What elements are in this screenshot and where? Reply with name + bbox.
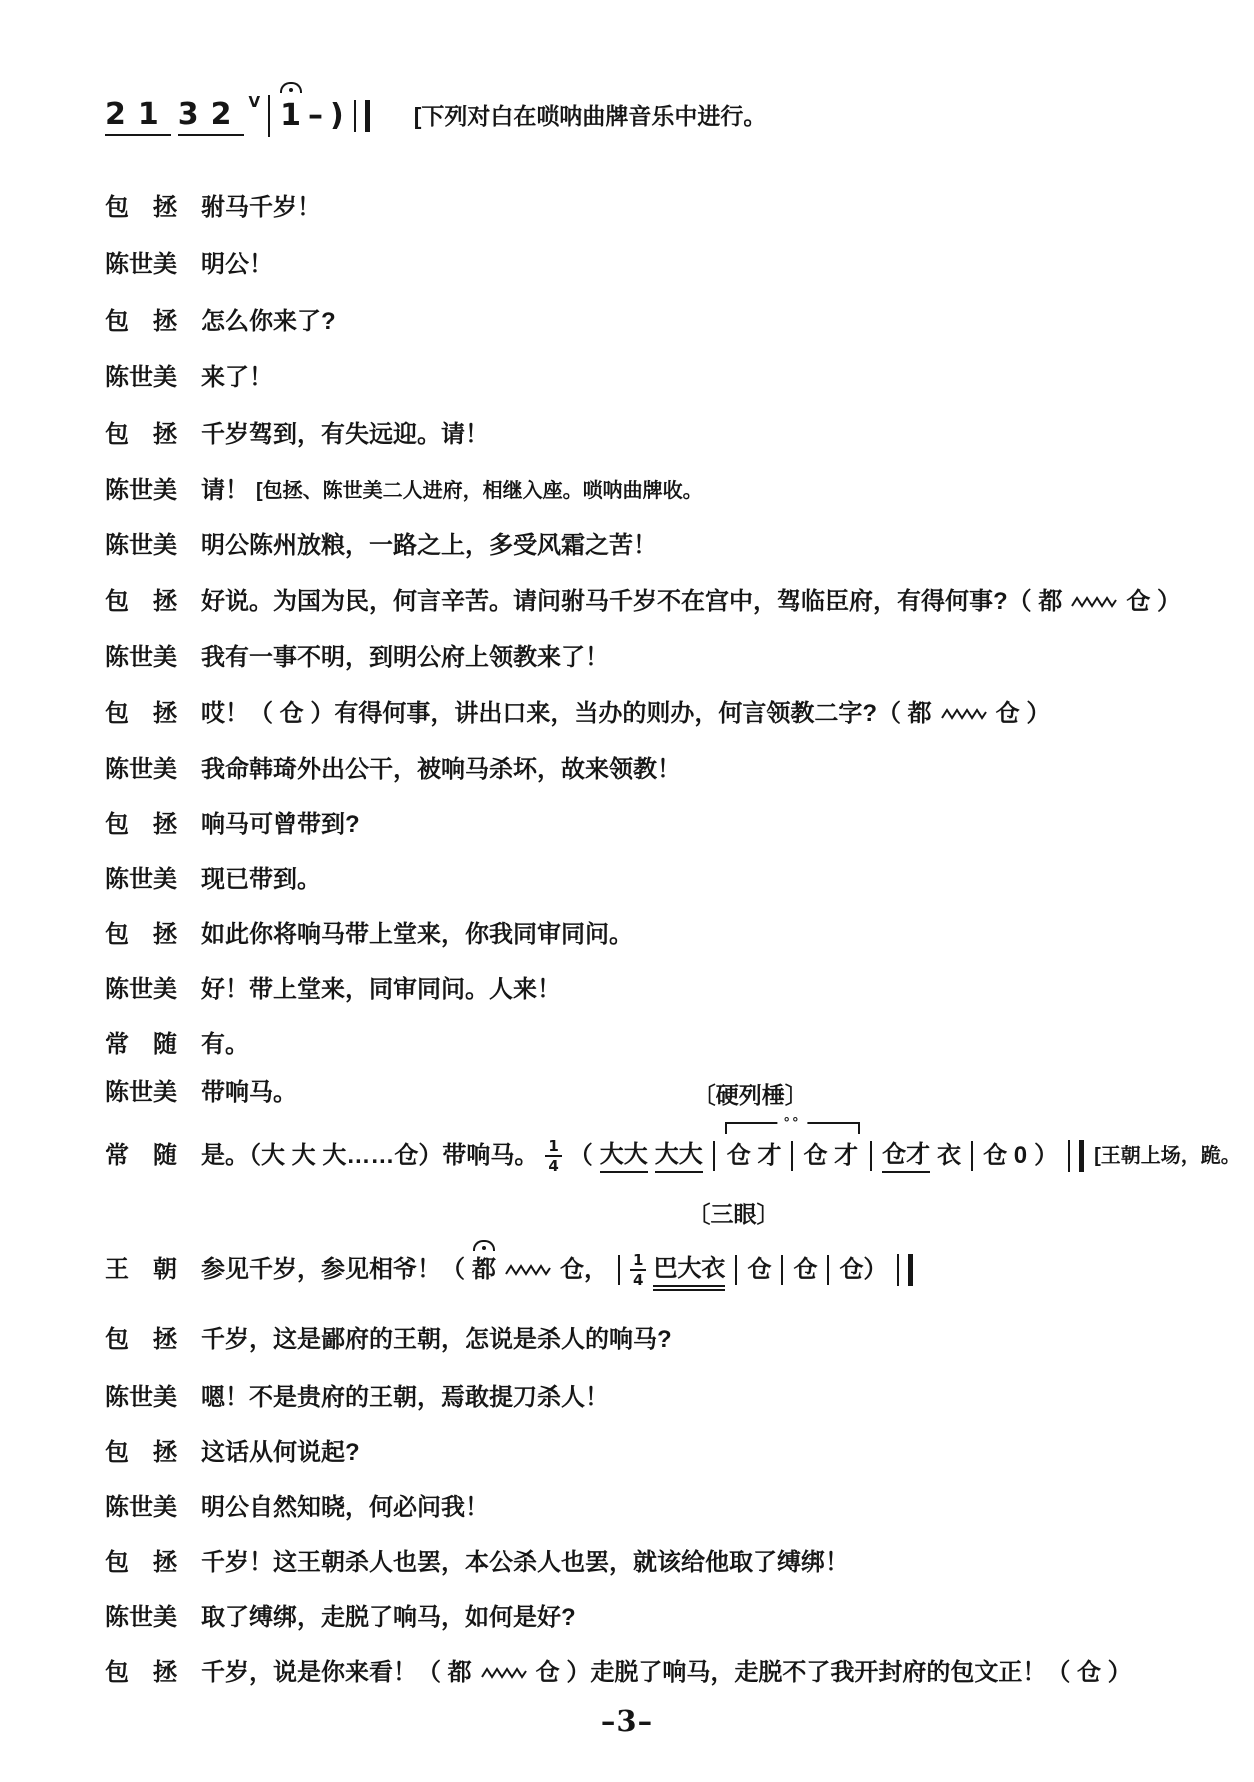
fraction-denominator: 4 <box>633 1271 643 1289</box>
dialogue-text: 明公自然知晓，何必问我！ <box>201 1493 489 1523</box>
dialogue-text: 仓 才 <box>803 1141 858 1171</box>
barline <box>618 1255 620 1285</box>
line-content: 来了！ <box>201 363 273 393</box>
dialogue-text: 好！带上堂来，同审同问。人来！ <box>201 975 561 1005</box>
line-baozheng-11: 包拯千岁，说是你来看！（ 都仓 ）走脱了响马，走脱不了我开封府的包文正！（ 仓 … <box>105 1658 1132 1688</box>
dialogue-text: 仓 <box>747 1255 771 1285</box>
line-baozheng-7: 包拯如此你将响马带上堂来，你我同审同问。 <box>105 920 633 950</box>
speaker-char: 世 <box>129 1383 153 1413</box>
speaker-label: 王朝 <box>105 1255 177 1285</box>
line-chenshimei-12: 陈世美取了缚绑，走脱了响马，如何是好? <box>105 1603 576 1633</box>
line-content: 这话从何说起? <box>201 1438 360 1468</box>
dialogue-text: – <box>308 97 323 135</box>
dialogue-text: 响马可曾带到? <box>201 810 360 840</box>
beamed-notes: 大大 <box>600 1140 648 1173</box>
line-chenshimei-8: 陈世美好！带上堂来，同审同问。人来！ <box>105 975 561 1005</box>
dialogue-text: 仓 ） <box>996 699 1051 729</box>
speaker-label: 陈世美 <box>105 1078 177 1108</box>
speaker-label: 陈世美 <box>105 250 177 280</box>
beamed-notes: 21 <box>105 96 171 137</box>
final-barline <box>897 1254 913 1286</box>
line-baozheng-9: 包拯这话从何说起? <box>105 1438 360 1468</box>
line-chenshimei-1: 陈世美明公！ <box>105 250 273 280</box>
speaker-char: 包 <box>105 1658 129 1688</box>
dialogue-text: 我命韩琦外出公干，被响马杀坏，故来领教！ <box>201 755 681 785</box>
line-content: 取了缚绑，走脱了响马，如何是好? <box>201 1603 576 1633</box>
line-content: 是。（大 大 大……仓）带响马。14（大大大大°°〔硬列棰〕仓 才仓 才仓才衣仓… <box>201 1138 1241 1174</box>
line-content: 我命韩琦外出公干，被响马杀坏，故来领教！ <box>201 755 681 785</box>
stage-direction: [王朝上场，跪。 <box>1094 1144 1241 1169</box>
dialogue-text: 仓 ）走脱了响马，走脱不了我开封府的包文正！（ 仓 ） <box>536 1658 1132 1688</box>
dialogue-text: 好说。为国为民，何言辛苦。请问驸马千岁不在宫中，驾临臣府，有得何事?（ 都 <box>201 587 1062 617</box>
speaker-label: 陈世美 <box>105 476 177 506</box>
note-text: 1 <box>280 98 301 133</box>
final-barline <box>1068 1140 1084 1172</box>
speaker-char: 朝 <box>153 1255 177 1285</box>
line-chenshimei-9: 陈世美带响马。 <box>105 1078 297 1108</box>
dialogue-text: 带响马。 <box>201 1078 297 1108</box>
dialogue-text: 是。（大 大 大……仓）带响马。 <box>201 1141 538 1171</box>
speaker-label: 包拯 <box>105 699 177 729</box>
speaker-label: 包拯 <box>105 307 177 337</box>
line-content: 响马可曾带到? <box>201 810 360 840</box>
speaker-label: 陈世美 <box>105 1603 177 1633</box>
dialogue-text: 来了！ <box>201 363 273 393</box>
speaker-label: 包拯 <box>105 920 177 950</box>
line-content: 带响马。 <box>201 1078 297 1108</box>
accented-note: 都 <box>472 1255 496 1285</box>
line-content: 明公陈州放粮，一路之上，多受风霜之苦！ <box>201 531 657 561</box>
line-content: 千岁，这是鄙府的王朝，怎说是杀人的响马? <box>201 1325 672 1355</box>
speaker-char: 美 <box>153 1603 177 1633</box>
dialogue-text: 千岁，说是你来看！（ 都 <box>201 1658 472 1688</box>
percussion-roll-zigzag-icon <box>481 1666 527 1680</box>
barline <box>713 1141 715 1171</box>
speaker-char: 拯 <box>153 699 177 729</box>
dialogue-text: 明公！ <box>201 250 273 280</box>
speaker-char: 美 <box>153 531 177 561</box>
speaker-char: 陈 <box>105 476 129 506</box>
speaker-label: 陈世美 <box>105 643 177 673</box>
speaker-char: 拯 <box>153 1438 177 1468</box>
speaker-char: 美 <box>153 363 177 393</box>
line-chenshimei-7: 陈世美现已带到。 <box>105 865 321 895</box>
breath-mark: V <box>249 93 261 112</box>
stage-direction: [包拯、陈世美二人进府，相继入座。唢呐曲牌收。 <box>256 479 703 504</box>
beamed-notes: 32 <box>178 96 244 137</box>
line-wangchao-1: 王朝参见千岁，参见相爷！（都仓，14巴大衣〔三眼〕仓仓仓） <box>105 1252 916 1288</box>
percussion-roll-zigzag-icon <box>505 1263 551 1277</box>
speaker-label: 陈世美 <box>105 755 177 785</box>
line-baozheng-2: 包拯怎么你来了? <box>105 307 336 337</box>
speaker-char: 包 <box>105 1438 129 1468</box>
barline <box>735 1255 737 1285</box>
speaker-char: 陈 <box>105 1603 129 1633</box>
speaker-char: 美 <box>153 643 177 673</box>
repeat-bracket-group: °°〔硬列棰〕仓 才仓 才 <box>725 1141 860 1171</box>
line-content: 现已带到。 <box>201 865 321 895</box>
speaker-label: 陈世美 <box>105 1493 177 1523</box>
speaker-char: 世 <box>129 975 153 1005</box>
speaker-char: 随 <box>153 1030 177 1060</box>
line-baozheng-6: 包拯响马可曾带到? <box>105 810 360 840</box>
line-content: 嗯！不是贵府的王朝，焉敢提刀杀人！ <box>201 1383 609 1413</box>
speaker-char: 世 <box>129 363 153 393</box>
line-content: 好说。为国为民，何言辛苦。请问驸马千岁不在宫中，驾临臣府，有得何事?（ 都仓 ） <box>201 587 1181 617</box>
speaker-char: 拯 <box>153 587 177 617</box>
speaker-char: 陈 <box>105 865 129 895</box>
repeat-circles: °° <box>778 1114 807 1132</box>
speaker-char: 陈 <box>105 363 129 393</box>
script-page: 2132V1–)[下列对白在唢呐曲牌音乐中进行。包拯驸马千岁！陈世美明公！包拯怎… <box>0 0 1254 1782</box>
dialogue-text: 仓 0 <box>983 1141 1027 1171</box>
page-number: –3– <box>0 1704 1254 1738</box>
speaker-char: 拯 <box>153 1325 177 1355</box>
dialogue-text: 仓， <box>560 1255 608 1285</box>
barline <box>971 1141 973 1171</box>
meter-fraction: 14 <box>545 1138 561 1174</box>
speaker-label: 包拯 <box>105 1325 177 1355</box>
fraction-numerator: 1 <box>545 1138 561 1157</box>
accented-note: 1 <box>280 97 301 135</box>
speaker-char: 陈 <box>105 975 129 1005</box>
speaker-char: 陈 <box>105 531 129 561</box>
speaker-label: 包拯 <box>105 587 177 617</box>
beamed-notes: 大大 <box>655 1140 703 1173</box>
line-changsui-2: 常随是。（大 大 大……仓）带响马。14（大大大大°°〔硬列棰〕仓 才仓 才仓才… <box>105 1138 1241 1174</box>
fermata-dot-icon <box>482 1246 486 1250</box>
barline <box>827 1255 829 1285</box>
line-chenshimei-3: 陈世美请！[包拯、陈世美二人进府，相继入座。唢呐曲牌收。 <box>105 476 703 506</box>
speaker-char: 美 <box>153 1383 177 1413</box>
line-chenshimei-4: 陈世美明公陈州放粮，一路之上，多受风霜之苦！ <box>105 531 657 561</box>
speaker-char: 拯 <box>153 193 177 223</box>
percussion-roll-zigzag-icon <box>941 707 987 721</box>
line-chenshimei-10: 陈世美嗯！不是贵府的王朝，焉敢提刀杀人！ <box>105 1383 609 1413</box>
dialogue-text: ) <box>330 97 344 135</box>
percussion-roll-zigzag-icon <box>1071 595 1117 609</box>
dialogue-text: 怎么你来了? <box>201 307 336 337</box>
speaker-char: 包 <box>105 1325 129 1355</box>
line-content: 明公自然知晓，何必问我！ <box>201 1493 489 1523</box>
line-content: 千岁，说是你来看！（ 都仓 ）走脱了响马，走脱不了我开封府的包文正！（ 仓 ） <box>201 1658 1132 1688</box>
speaker-char: 包 <box>105 810 129 840</box>
speaker-char: 拯 <box>153 920 177 950</box>
meter-fraction: 14 <box>630 1252 646 1288</box>
dialogue-text: 参见千岁，参见相爷！（ <box>201 1255 465 1285</box>
barline <box>781 1255 783 1285</box>
speaker-label: 陈世美 <box>105 363 177 393</box>
dialogue-text: 仓） <box>839 1255 887 1285</box>
double-beamed-notes: 巴大衣〔三眼〕 <box>653 1254 725 1287</box>
speaker-char: 拯 <box>153 1658 177 1688</box>
line-content: 明公！ <box>201 250 273 280</box>
line-baozheng-4: 包拯好说。为国为民，何言辛苦。请问驸马千岁不在宫中，驾临臣府，有得何事?（ 都仓… <box>105 587 1181 617</box>
dialogue-text: 衣 <box>937 1141 961 1171</box>
speaker-label: 包拯 <box>105 420 177 450</box>
dialogue-text: 如此你将响马带上堂来，你我同审同问。 <box>201 920 633 950</box>
line-content: 请！[包拯、陈世美二人进府，相继入座。唢呐曲牌收。 <box>201 476 703 506</box>
speaker-label: 包拯 <box>105 810 177 840</box>
speaker-char: 美 <box>153 476 177 506</box>
speaker-label: 陈世美 <box>105 1383 177 1413</box>
speaker-char: 陈 <box>105 1078 129 1108</box>
dialogue-text: 取了缚绑，走脱了响马，如何是好? <box>201 1603 576 1633</box>
dialogue-text: 仓 ） <box>1126 587 1181 617</box>
speaker-char: 包 <box>105 587 129 617</box>
speaker-char: 陈 <box>105 643 129 673</box>
speaker-char: 陈 <box>105 1493 129 1523</box>
fraction-denominator: 4 <box>548 1157 558 1175</box>
speaker-char: 美 <box>153 755 177 785</box>
final-barline <box>354 100 370 132</box>
speaker-label: 陈世美 <box>105 865 177 895</box>
speaker-char: 世 <box>129 476 153 506</box>
dialogue-text: 驸马千岁！ <box>201 193 321 223</box>
beamed-notes: 仓才 <box>882 1140 930 1173</box>
speaker-char: 美 <box>153 1493 177 1523</box>
speaker-char: 包 <box>105 920 129 950</box>
line-content: 千岁驾到，有失远迎。请！ <box>201 420 489 450</box>
speaker-char: 世 <box>129 1078 153 1108</box>
dialogue-text: 明公陈州放粮，一路之上，多受风霜之苦！ <box>201 531 657 561</box>
line-chenshimei-6: 陈世美我命韩琦外出公干，被响马杀坏，故来领教！ <box>105 755 681 785</box>
speaker-char: 世 <box>129 531 153 561</box>
dialogue-text: ） <box>1034 1141 1058 1171</box>
line-baozheng-1: 包拯驸马千岁！ <box>105 193 321 223</box>
line-chenshimei-5: 陈世美我有一事不明，到明公府上领教来了！ <box>105 643 609 673</box>
line-content: 我有一事不明，到明公府上领教来了！ <box>201 643 609 673</box>
speaker-char: 包 <box>105 699 129 729</box>
speaker-char: 王 <box>105 1255 129 1285</box>
line-content: 有。 <box>201 1030 249 1060</box>
speaker-char: 随 <box>153 1141 177 1171</box>
dialogue-text: 我有一事不明，到明公府上领教来了！ <box>201 643 609 673</box>
speaker-char: 陈 <box>105 1383 129 1413</box>
speaker-char: 拯 <box>153 1548 177 1578</box>
barline <box>268 95 270 137</box>
speaker-char: 世 <box>129 250 153 280</box>
note-text: 都 <box>472 1256 496 1283</box>
dialogue-text: [下列对白在唢呐曲牌音乐中进行。 <box>414 102 767 131</box>
line-chenshimei-2: 陈世美来了！ <box>105 363 273 393</box>
notation-intro: 2132V1–)[下列对白在唢呐曲牌音乐中进行。 <box>105 95 766 137</box>
speaker-char: 世 <box>129 865 153 895</box>
speaker-label: 陈世美 <box>105 975 177 1005</box>
dialogue-text: 现已带到。 <box>201 865 321 895</box>
speaker-char: 世 <box>129 643 153 673</box>
dialogue-text: 仓 才 <box>727 1141 782 1171</box>
line-content: 好！带上堂来，同审同问。人来！ <box>201 975 561 1005</box>
line-baozheng-5: 包拯哎！（ 仓 ）有得何事，讲出口来，当办的则办，何言领教二字?（ 都仓 ） <box>105 699 1050 729</box>
speaker-char: 常 <box>105 1141 129 1171</box>
dialogue-text: 这话从何说起? <box>201 1438 360 1468</box>
speaker-char: 陈 <box>105 250 129 280</box>
fermata-dot-icon <box>289 88 293 92</box>
line-content: 参见千岁，参见相爷！（都仓，14巴大衣〔三眼〕仓仓仓） <box>201 1252 916 1288</box>
percussion-pattern-label: 〔硬列棰〕 <box>693 1081 808 1110</box>
speaker-char: 陈 <box>105 755 129 785</box>
dialogue-text: 请！ <box>201 476 249 506</box>
speaker-char: 包 <box>105 307 129 337</box>
line-baozheng-8: 包拯千岁，这是鄙府的王朝，怎说是杀人的响马? <box>105 1325 672 1355</box>
speaker-label: 陈世美 <box>105 531 177 561</box>
speaker-char: 拯 <box>153 810 177 840</box>
percussion-pattern-label: 〔三眼〕 <box>687 1200 779 1229</box>
barline <box>870 1141 872 1171</box>
line-content: 2132V1–)[下列对白在唢呐曲牌音乐中进行。 <box>105 95 766 137</box>
line-changsui-1: 常随有。 <box>105 1030 249 1060</box>
line-content: 千岁！这王朝杀人也罢，本公杀人也罢，就该给他取了缚绑！ <box>201 1548 849 1578</box>
fraction-numerator: 1 <box>630 1252 646 1271</box>
speaker-label: 包拯 <box>105 1658 177 1688</box>
line-content: 如此你将响马带上堂来，你我同审同问。 <box>201 920 633 950</box>
speaker-char: 包 <box>105 420 129 450</box>
speaker-label: 包拯 <box>105 1438 177 1468</box>
dialogue-text: 千岁！这王朝杀人也罢，本公杀人也罢，就该给他取了缚绑！ <box>201 1548 849 1578</box>
speaker-label: 常随 <box>105 1030 177 1060</box>
line-content: 哎！（ 仓 ）有得何事，讲出口来，当办的则办，何言领教二字?（ 都仓 ） <box>201 699 1050 729</box>
speaker-label: 包拯 <box>105 193 177 223</box>
speaker-label: 包拯 <box>105 1548 177 1578</box>
dialogue-text: 千岁，这是鄙府的王朝，怎说是杀人的响马? <box>201 1325 672 1355</box>
barline <box>791 1141 793 1171</box>
line-baozheng-10: 包拯千岁！这王朝杀人也罢，本公杀人也罢，就该给他取了缚绑！ <box>105 1548 849 1578</box>
speaker-char: 美 <box>153 250 177 280</box>
dialogue-text: 有。 <box>201 1030 249 1060</box>
dialogue-text: 哎！（ 仓 ）有得何事，讲出口来，当办的则办，何言领教二字?（ 都 <box>201 699 932 729</box>
speaker-char: 世 <box>129 1493 153 1523</box>
speaker-char: 拯 <box>153 307 177 337</box>
speaker-char: 美 <box>153 1078 177 1108</box>
dialogue-text: 嗯！不是贵府的王朝，焉敢提刀杀人！ <box>201 1383 609 1413</box>
dialogue-text: （ <box>569 1141 593 1171</box>
speaker-char: 美 <box>153 975 177 1005</box>
speaker-char: 包 <box>105 1548 129 1578</box>
line-content: 怎么你来了? <box>201 307 336 337</box>
speaker-char: 拯 <box>153 420 177 450</box>
speaker-char: 包 <box>105 193 129 223</box>
line-content: 驸马千岁！ <box>201 193 321 223</box>
speaker-char: 美 <box>153 865 177 895</box>
line-chenshimei-11: 陈世美明公自然知晓，何必问我！ <box>105 1493 489 1523</box>
speaker-char: 世 <box>129 755 153 785</box>
line-baozheng-3: 包拯千岁驾到，有失远迎。请！ <box>105 420 489 450</box>
dialogue-text: 千岁驾到，有失远迎。请！ <box>201 420 489 450</box>
speaker-char: 常 <box>105 1030 129 1060</box>
dialogue-text: 仓 <box>793 1255 817 1285</box>
speaker-label: 常随 <box>105 1141 177 1171</box>
speaker-char: 世 <box>129 1603 153 1633</box>
